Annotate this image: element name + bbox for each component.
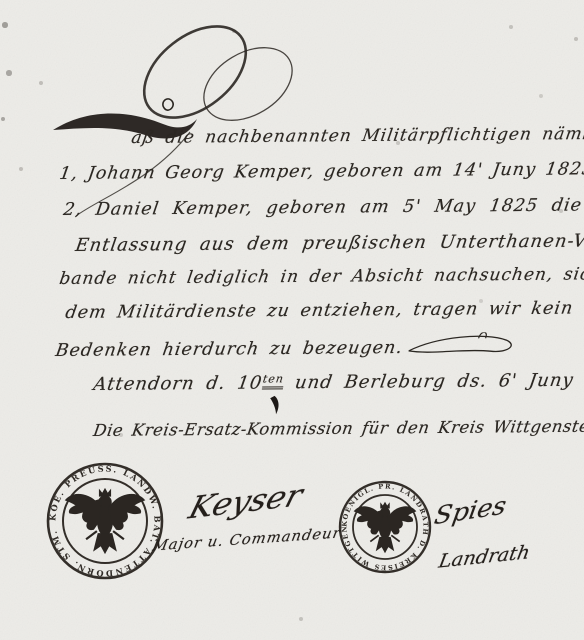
signature-landrath-title: Landrath xyxy=(437,541,532,572)
seal-landrath-wittgenstein: KOENIGL. PR. LANDRATH D. KREISES WITTGEN… xyxy=(336,478,434,576)
signature-commander-title: Major u. Commandeur xyxy=(151,526,342,555)
body-line-6: dem Militärdienste zu entziehen, tragen … xyxy=(64,299,575,323)
signature-landrath-name: Spies xyxy=(432,491,508,530)
body-line-1: aß die nachbenannten Militärpflichtigen … xyxy=(130,124,584,148)
initial-letter-flourish xyxy=(28,12,308,222)
body-line-5: bande nicht lediglich in der Absicht nac… xyxy=(58,264,584,289)
scan-specks xyxy=(0,0,2,2)
ink-blot xyxy=(266,395,284,419)
body-line-2: 1, Johann Georg Kemper, geboren am 14' J… xyxy=(58,159,584,184)
dateline: Attendorn d. 10ten und Berleburg ds. 6' … xyxy=(92,369,584,395)
dateline-prefix: Attendorn d. 10 xyxy=(92,373,264,395)
body-line-7-text: Bedenken hierdurch zu bezeugen. xyxy=(54,338,404,361)
issuing-commission-line: Die Kreis-Ersatz-Kommission für den Krei… xyxy=(92,417,584,440)
dateline-ordinal: ten xyxy=(261,372,285,389)
prussian-eagle-icon xyxy=(66,489,144,552)
prussian-eagle-icon xyxy=(355,503,416,552)
seal-landwehr-battalion-attendorn: KOE. PREUSS. LANDW. BAT. ATTENDORN. STM.… xyxy=(43,459,167,583)
signature-commander-name: Keyser xyxy=(185,478,307,527)
body-line-3: 2, Daniel Kemper, geboren am 5' May 1825… xyxy=(62,195,583,220)
scanned-document-page: aß die nachbenannten Militärpflichtigen … xyxy=(0,0,584,640)
dateline-suffix: und Berleburg ds. 6' Juny 1846. xyxy=(282,369,584,393)
body-line-7: Bedenken hierdurch zu bezeugen. xyxy=(54,332,517,362)
body-line-4: Entlassung aus dem preußischen Unterthan… xyxy=(74,230,584,256)
end-of-sentence-flourish xyxy=(405,332,517,359)
